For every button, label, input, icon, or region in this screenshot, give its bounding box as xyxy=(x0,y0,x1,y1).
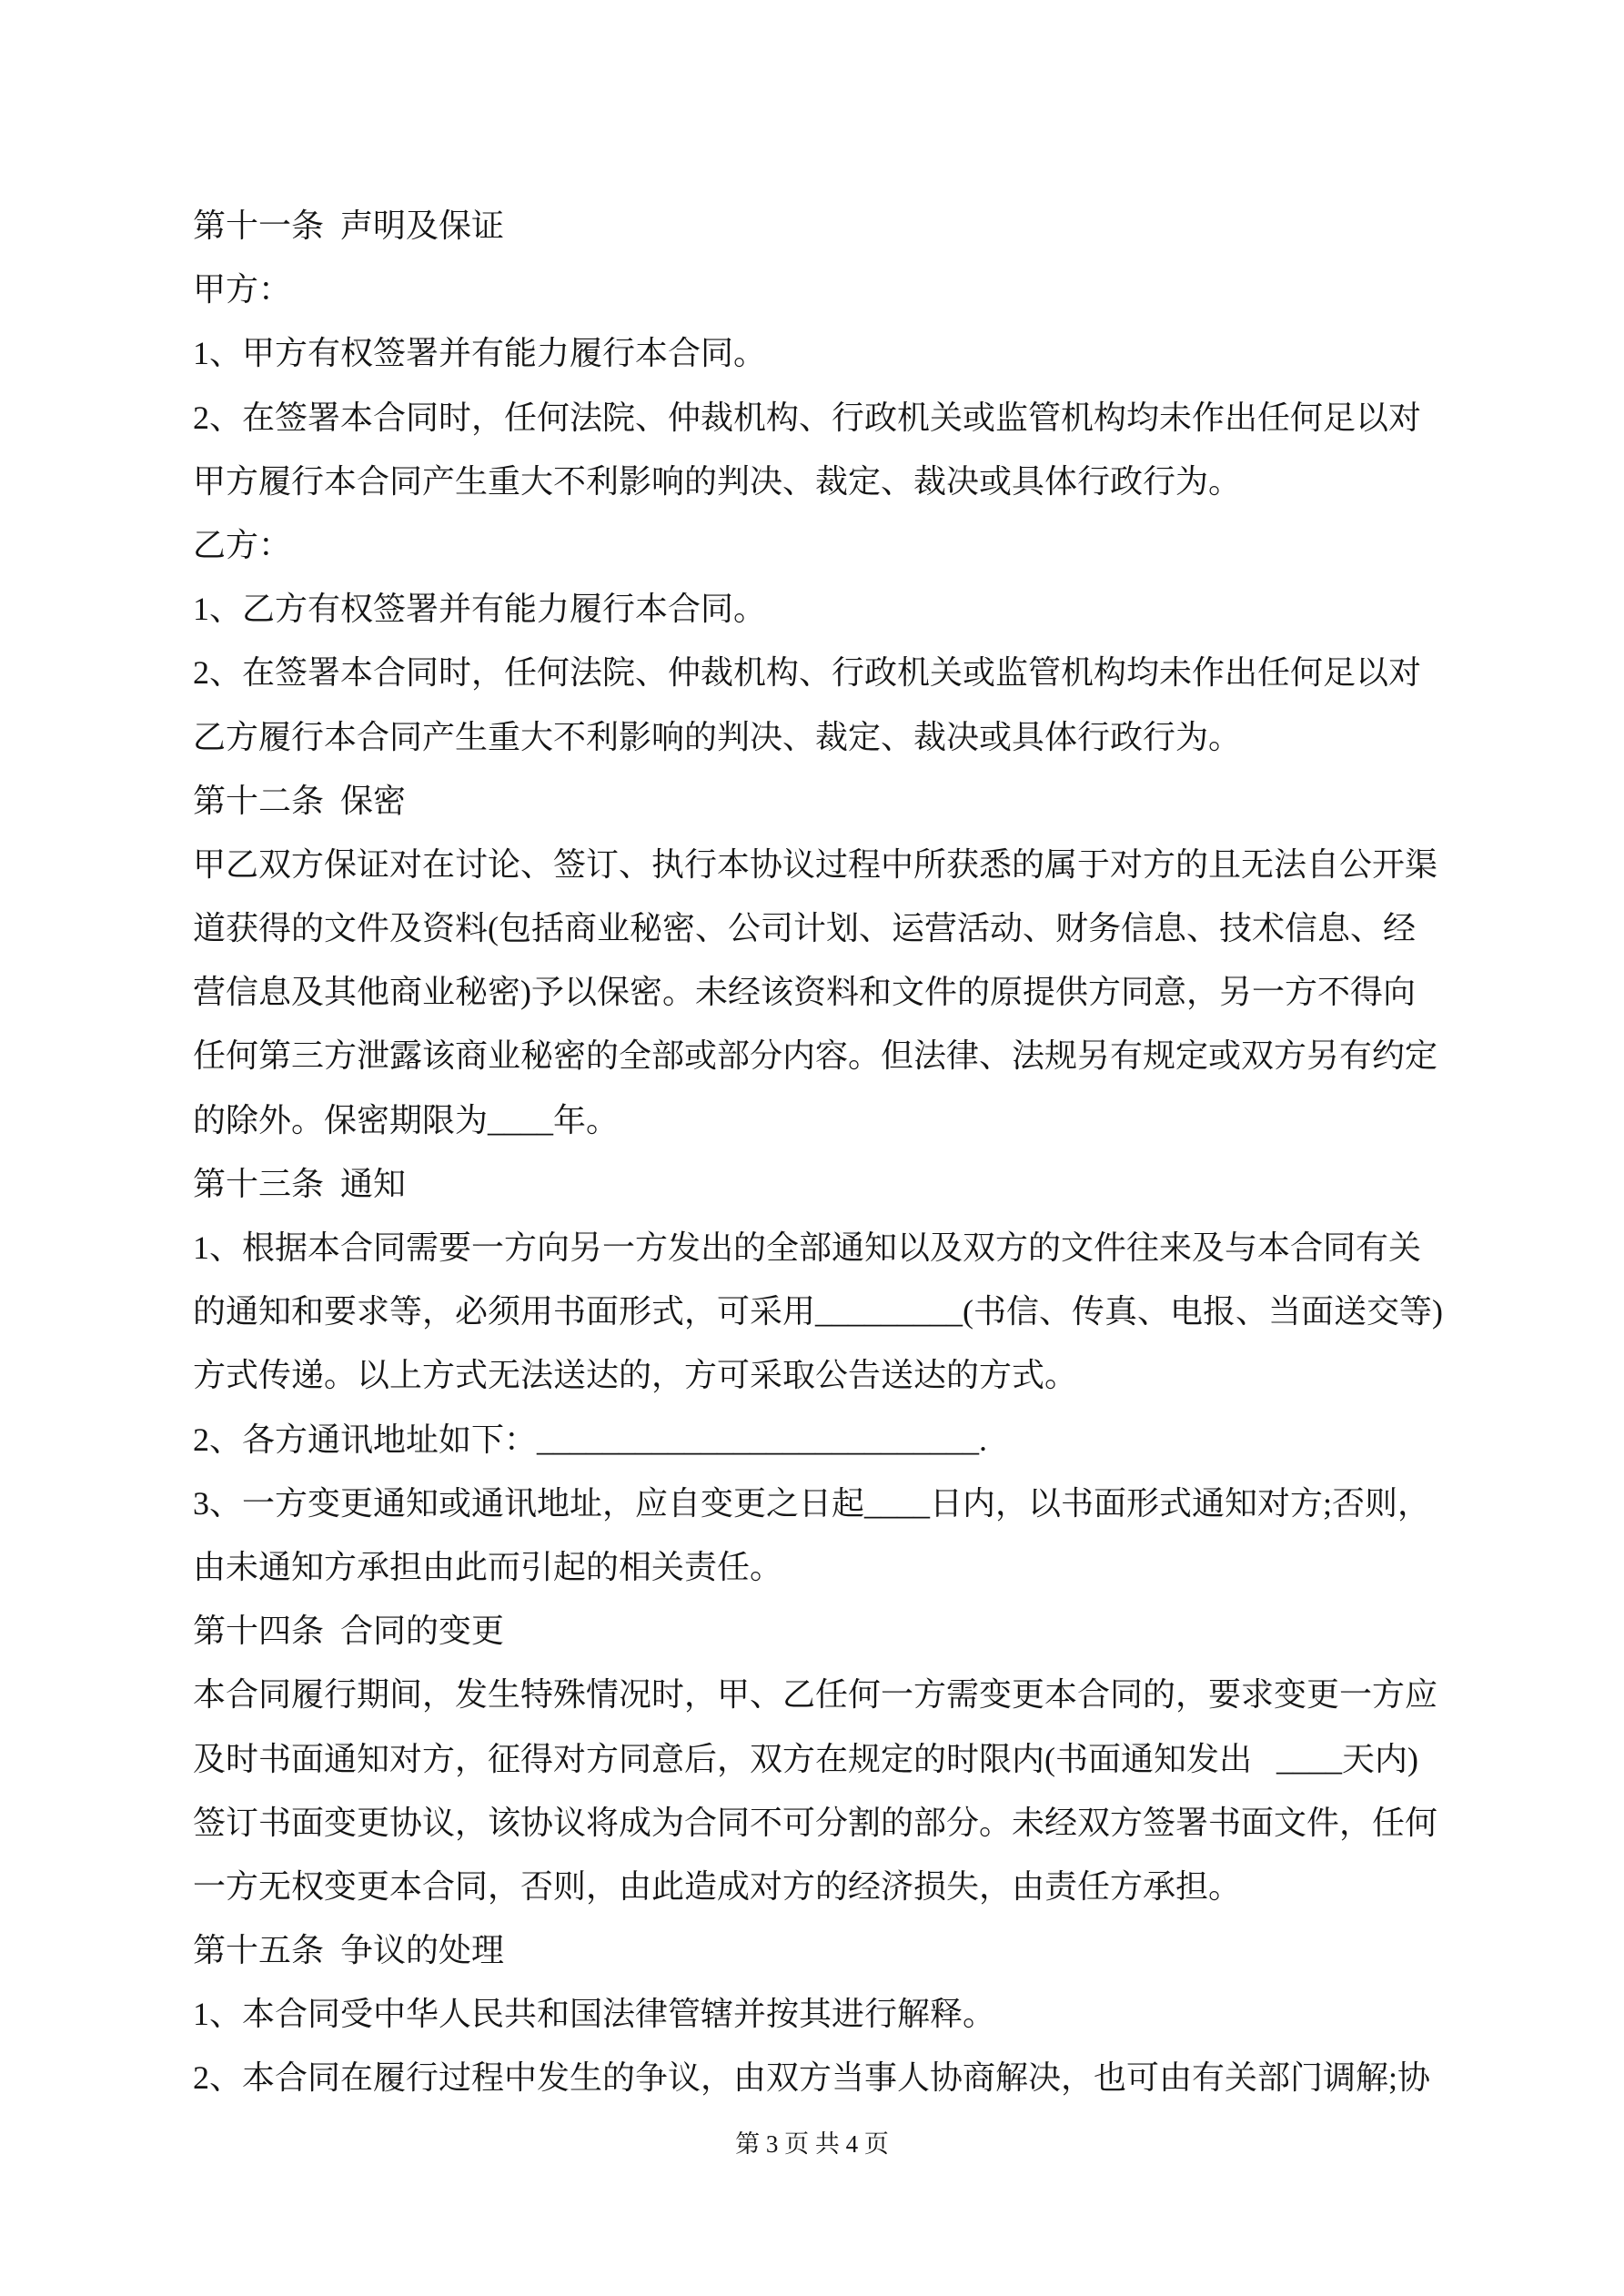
section-heading: 第十二条 保密 xyxy=(193,769,1467,833)
paragraph-line: 任何第三方泄露该商业秘密的全部或部分内容。但法律、法规另有规定或双方另有约定 xyxy=(193,1024,1467,1087)
paragraph-line: 乙方履行本合同产生重大不利影响的判决、裁定、裁决或具体行政行为。 xyxy=(193,705,1467,769)
paragraph-line: 签订书面变更协议，该协议将成为合同不可分割的部分。未经双方签署书面文件，任何 xyxy=(193,1791,1467,1855)
paragraph-line: 3、一方变更通知或通讯地址，应自变更之日起____日内，以书面形式通知对方;否则… xyxy=(193,1472,1467,1535)
paragraph-line: 甲乙双方保证对在讨论、签订、执行本协议过程中所获悉的属于对方的且无法自公开渠 xyxy=(193,833,1467,896)
paragraph-line: 方式传递。以上方式无法送达的，方可采取公告送达的方式。 xyxy=(193,1343,1467,1407)
page-number-footer: 第 3 页 共 4 页 xyxy=(0,2129,1624,2159)
paragraph-line: 1、乙方有权签署并有能力履行本合同。 xyxy=(193,577,1467,641)
paragraph-line: 及时书面通知对方，征得对方同意后，双方在规定的时限内(书面通知发出 ____天内… xyxy=(193,1727,1467,1791)
section-heading: 第十三条 通知 xyxy=(193,1152,1467,1216)
paragraph-line: 1、本合同受中华人民共和国法律管辖并按其进行解释。 xyxy=(193,1982,1467,2046)
paragraph-line: 甲方履行本合同产生重大不利影响的判决、裁定、裁决或具体行政行为。 xyxy=(193,450,1467,513)
paragraph-line: 2、在签署本合同时，任何法院、仲裁机构、行政机关或监管机构均未作出任何足以对 xyxy=(193,386,1467,450)
paragraph-line: 一方无权变更本合同，否则，由此造成对方的经济损失，由责任方承担。 xyxy=(193,1855,1467,1918)
paragraph-line: 1、根据本合同需要一方向另一方发出的全部通知以及双方的文件往来及与本合同有关 xyxy=(193,1216,1467,1279)
document-body: 第十一条 声明及保证甲方：1、甲方有权签署并有能力履行本合同。2、在签署本合同时… xyxy=(193,194,1467,2110)
paragraph-line: 本合同履行期间，发生特殊情况时，甲、乙任何一方需变更本合同的，要求变更一方应 xyxy=(193,1663,1467,1726)
contract-page: { "page": { "background_color": "#ffffff… xyxy=(0,0,1624,2296)
paragraph-line: 1、甲方有权签署并有能力履行本合同。 xyxy=(193,321,1467,385)
paragraph-line: 由未通知方承担由此而引起的相关责任。 xyxy=(193,1535,1467,1599)
paragraph-line: 道获得的文件及资料(包括商业秘密、公司计划、运营活动、财务信息、技术信息、经 xyxy=(193,896,1467,960)
paragraph-line: 2、各方通讯地址如下：___________________________. xyxy=(193,1408,1467,1472)
section-heading: 第十四条 合同的变更 xyxy=(193,1599,1467,1663)
section-heading: 第十一条 声明及保证 xyxy=(193,194,1467,258)
paragraph-line: 甲方： xyxy=(193,258,1467,321)
section-heading: 第十五条 争议的处理 xyxy=(193,1918,1467,1982)
paragraph-line: 营信息及其他商业秘密)予以保密。未经该资料和文件的原提供方同意，另一方不得向 xyxy=(193,960,1467,1024)
paragraph-line: 的除外。保密期限为____年。 xyxy=(193,1088,1467,1152)
paragraph-line: 的通知和要求等，必须用书面形式，可采用_________(书信、传真、电报、当面… xyxy=(193,1279,1467,1343)
paragraph-line: 2、在签署本合同时，任何法院、仲裁机构、行政机关或监管机构均未作出任何足以对 xyxy=(193,641,1467,704)
paragraph-line: 2、本合同在履行过程中发生的争议，由双方当事人协商解决，也可由有关部门调解;协 xyxy=(193,2046,1467,2109)
paragraph-line: 乙方： xyxy=(193,513,1467,577)
